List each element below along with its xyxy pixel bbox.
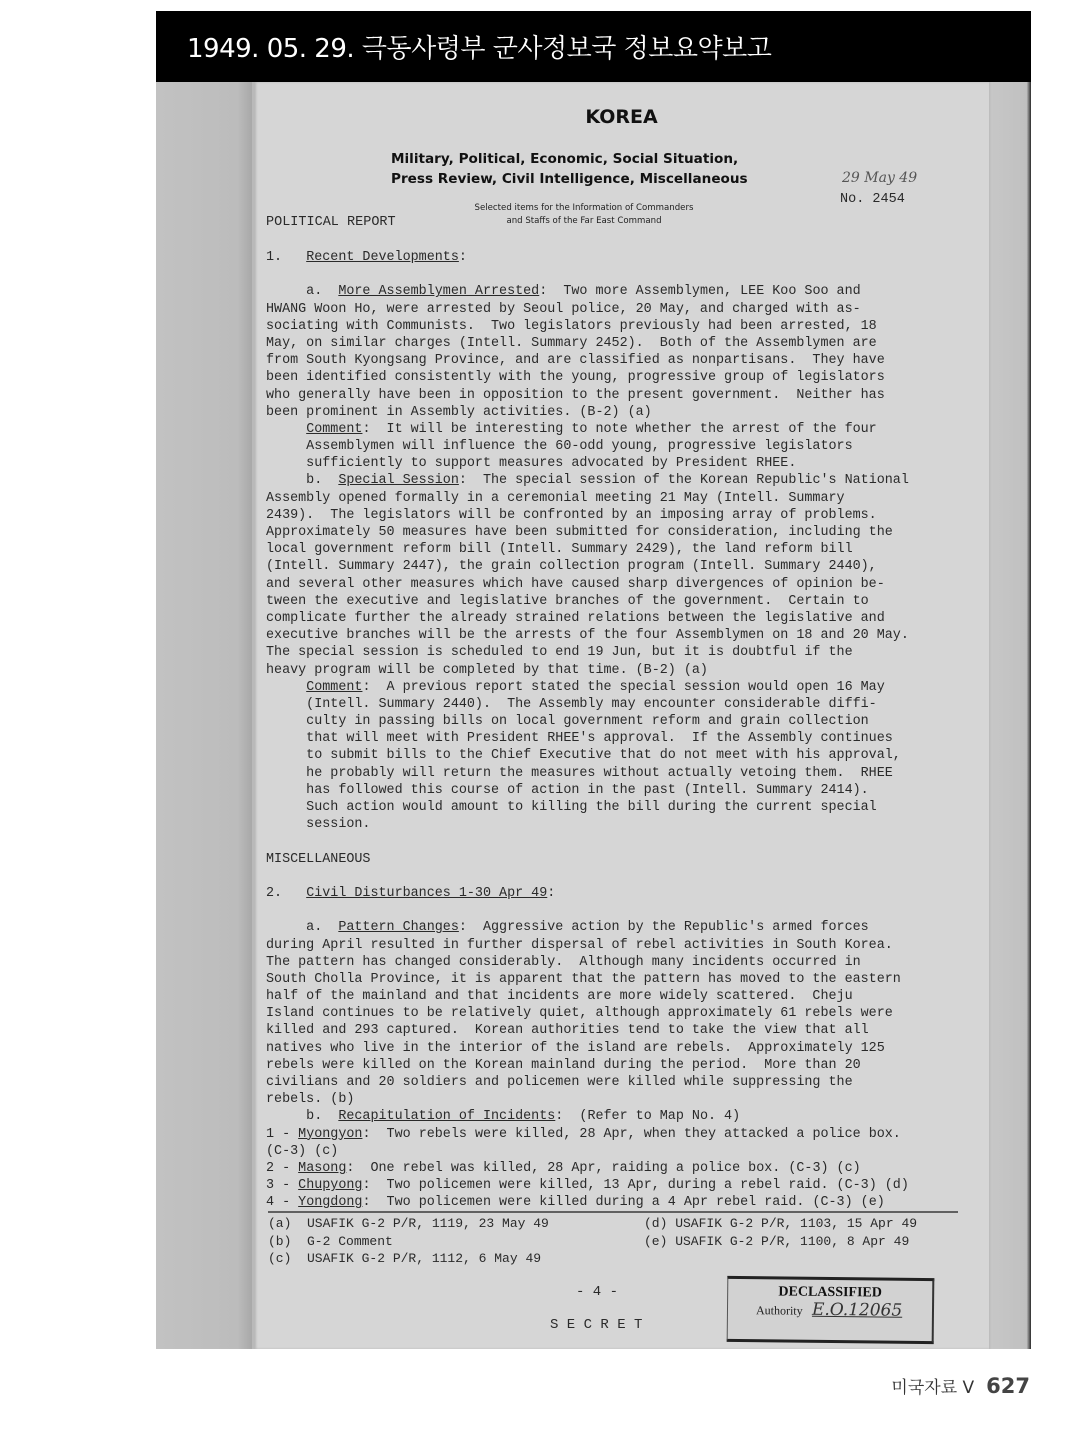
body-line: a. More Assemblymen Arrested: Two more A… [266,283,909,300]
body-line: natives who live in the interior of the … [266,1040,909,1057]
body-line: South Cholla Province, it is apparent th… [266,971,909,988]
body-line: HWANG Woon Ho, were arrested by Seoul po… [266,301,909,318]
footnote-divider [268,1211,958,1213]
body-line: 2439). The legislators will be confronte… [266,507,909,524]
underlined-heading: Recent Developments [306,250,459,265]
body-line: b. Special Session: The special session … [266,472,909,489]
body-line: that will meet with President RHEE's app… [266,730,909,747]
body-line: MISCELLANEOUS [266,851,909,868]
handwritten-date: 29 May 49 [842,170,917,186]
body-line: (Intell. Summary 2440). The Assembly may… [266,696,909,713]
body-line: session. [266,816,909,833]
body-line: from South Kyongsang Province, and are c… [266,352,909,369]
body-line: sociating with Communists. Two legislato… [266,318,909,335]
document-body: 1. Recent Developments: a. More Assembly… [266,249,909,1212]
body-line: May, on similar charges (Intell. Summary… [266,335,909,352]
underlined-heading: Pattern Changes [338,920,459,935]
section-label: POLITICAL REPORT [266,215,396,230]
document-title-bar: 1949. 05. 29. 극동사령부 군사정보국 정보요약보고 [156,11,1031,82]
document-subheading: Military, Political, Economic, Social Si… [391,149,748,189]
underlined-heading: Civil Disturbances 1-30 Apr 49 [306,886,547,901]
body-line: rebels were killed on the Korean mainlan… [266,1057,909,1074]
body-line: to submit bills to the Chief Executive t… [266,747,909,764]
body-line: Comment: A previous report stated the sp… [266,679,909,696]
body-line: Approximately 50 measures have been subm… [266,524,909,541]
body-line: (Intell. Summary 2447), the grain collec… [266,558,909,575]
body-line: 2 - Masong: One rebel was killed, 28 Apr… [266,1160,909,1177]
body-line [266,266,909,283]
underlined-heading: More Assemblymen Arrested [338,284,539,299]
underlined-heading: Comment [306,680,362,695]
footnote: (e) USAFIK G-2 P/R, 1100, 8 Apr 49 [644,1233,917,1251]
body-line: who generally have been in opposition to… [266,387,909,404]
body-line: executive branches will be the arrests o… [266,627,909,644]
underlined-heading: Recapitulation of Incidents [338,1109,555,1124]
scan-left-margin [156,82,252,1349]
body-line: Assemblymen will influence the 60-odd yo… [266,438,909,455]
distribution-line-2: and Staffs of the Far East Command [439,215,729,228]
body-line: killed and 293 captured. Korean authorit… [266,1022,909,1039]
footnote: (d) USAFIK G-2 P/R, 1103, 15 Apr 49 [644,1215,917,1233]
body-line: The special session is scheduled to end … [266,644,909,661]
stamp-authority-label: Authority [756,1303,803,1318]
body-line: half of the mainland and that incidents … [266,988,909,1005]
document-page: KOREA Military, Political, Economic, Soc… [254,82,989,1349]
body-line: culty in passing bills on local governme… [266,713,909,730]
body-line: 3 - Chupyong: Two policemen were killed,… [266,1177,909,1194]
body-line: been identified consistently with the yo… [266,369,909,386]
body-line: a. Pattern Changes: Aggressive action by… [266,919,909,936]
body-line: rebels. (b) [266,1091,909,1108]
body-line: Island continues to be relatively quiet,… [266,1005,909,1022]
body-line: during April resulted in further dispers… [266,937,909,954]
body-line: and several other measures which have ca… [266,576,909,593]
footnotes-left: (a) USAFIK G-2 P/R, 1119, 23 May 49(b) G… [268,1215,549,1268]
body-line: civilians and 20 soldiers and policemen … [266,1074,909,1091]
document-heading: KOREA [254,106,989,128]
scanned-document: KOREA Military, Political, Economic, Soc… [156,82,1031,1349]
body-line: tween the executive and legislative bran… [266,593,909,610]
classification-mark: S E C R E T [550,1317,642,1333]
body-line: b. Recapitulation of Incidents: (Refer t… [266,1108,909,1125]
body-line: he probably will return the measures wit… [266,765,909,782]
body-line [266,902,909,919]
body-line: 1. Recent Developments: [266,249,909,266]
distribution-line-1: Selected items for the Information of Co… [439,202,729,215]
body-line: (C-3) (c) [266,1143,909,1160]
underlined-heading: Comment [306,422,362,437]
body-line: sufficiently to support measures advocat… [266,455,909,472]
body-line: 4 - Yongdong: Two policemen were killed … [266,1194,909,1211]
subheading-line-1: Military, Political, Economic, Social Si… [391,151,738,167]
declassified-stamp: DECLASSIFIED Authority E.O.12065 [727,1276,935,1344]
underlined-heading: Myongyon [298,1127,362,1142]
footnote: (a) USAFIK G-2 P/R, 1119, 23 May 49 [268,1215,549,1233]
subheading-line-2: Press Review, Civil Intelligence, Miscel… [391,171,748,187]
underlined-heading: Yongdong [298,1195,362,1210]
body-line: Assembly opened formally in a ceremonial… [266,490,909,507]
footnotes-right: (d) USAFIK G-2 P/R, 1103, 15 Apr 49(e) U… [644,1215,917,1250]
footnote: (c) USAFIK G-2 P/R, 1112, 6 May 49 [268,1250,549,1268]
body-line: local government reform bill (Intell. Su… [266,541,909,558]
body-line: The pattern has changed considerably. Al… [266,954,909,971]
body-line: complicate further the already strained … [266,610,909,627]
body-line: 1 - Myongyon: Two rebels were killed, 28… [266,1126,909,1143]
scan-right-margin [987,82,1031,1349]
underlined-heading: Special Session [338,473,459,488]
body-line [266,868,909,885]
document-number: No. 2454 [840,192,905,207]
underlined-heading: Chupyong [298,1178,362,1193]
body-line: Such action would amount to killing the … [266,799,909,816]
page-footer: 미국자료 Ⅴ 627 [891,1373,1030,1398]
body-line: been prominent in Assembly activities. (… [266,404,909,421]
body-line: 2. Civil Disturbances 1-30 Apr 49: [266,885,909,902]
document-title: 1949. 05. 29. 극동사령부 군사정보국 정보요약보고 [187,28,771,65]
stamp-authority-value: E.O.12065 [812,1300,902,1321]
body-line: has followed this course of action in th… [266,782,909,799]
footer-section: 미국자료 Ⅴ [891,1373,974,1398]
underlined-heading: Masong [298,1161,346,1176]
footnote: (b) G-2 Comment [268,1233,549,1251]
body-line [266,833,909,850]
page-marker: - 4 - [576,1284,618,1300]
body-line: Comment: It will be interesting to note … [266,421,909,438]
body-line: heavy program will be completed by that … [266,662,909,679]
distribution-note: Selected items for the Information of Co… [439,202,729,228]
footer-page-number: 627 [986,1374,1030,1398]
